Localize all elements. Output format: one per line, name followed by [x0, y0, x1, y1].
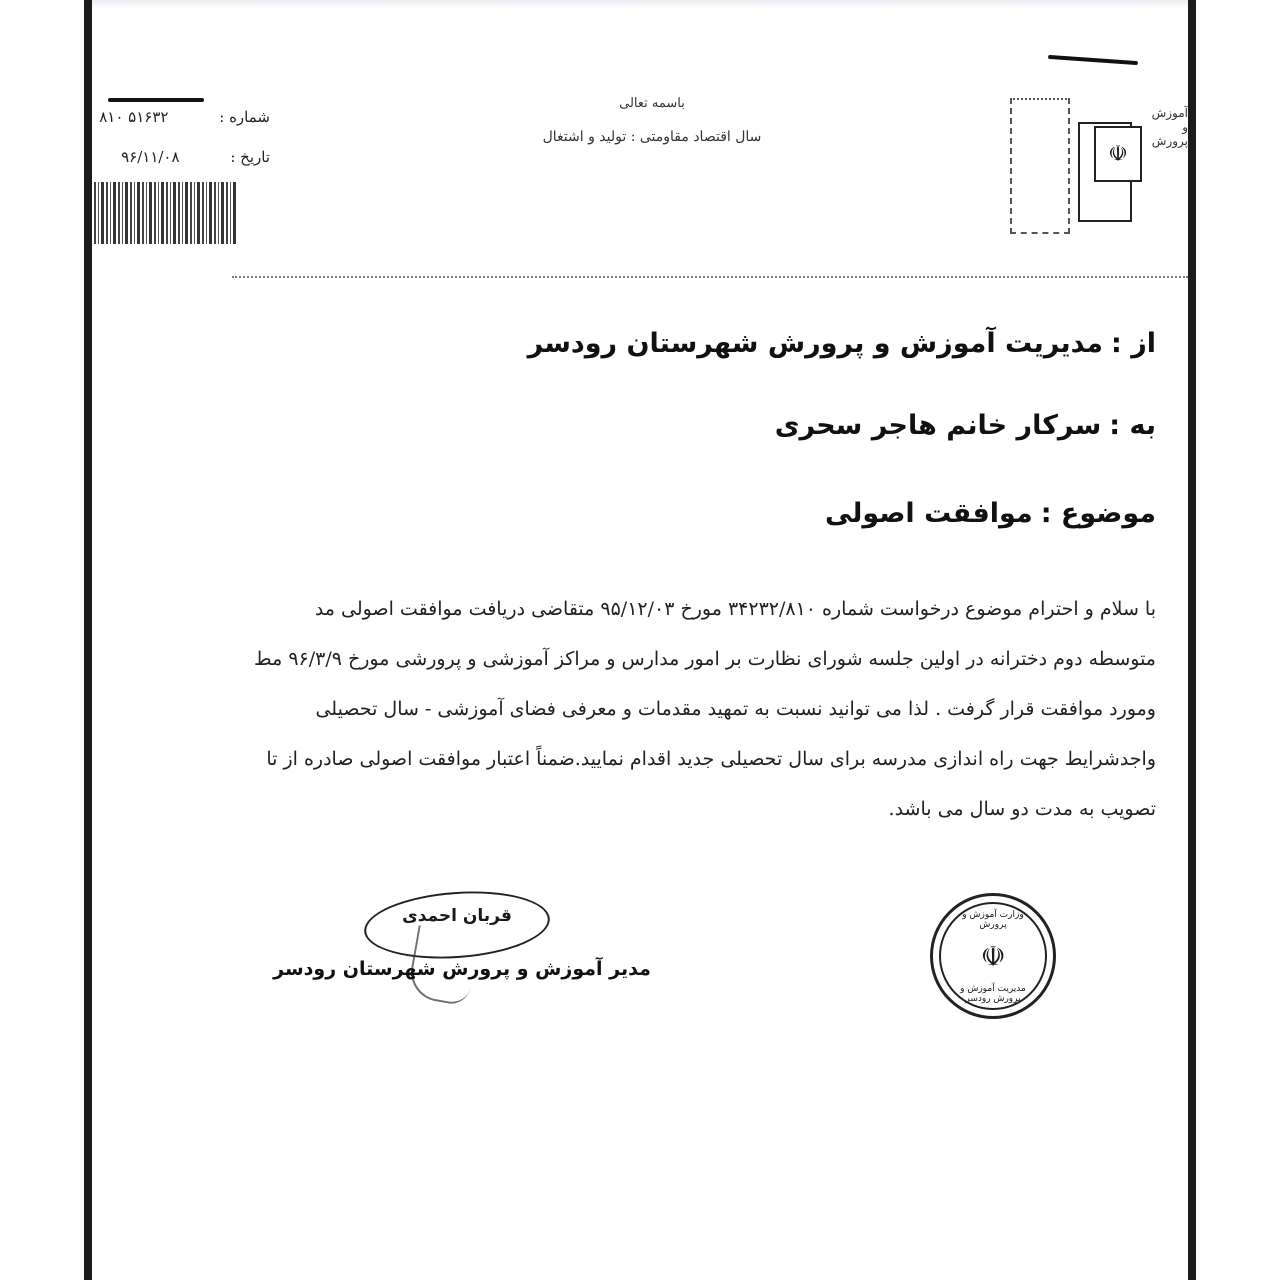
iran-emblem-icon: ☫ — [1094, 126, 1142, 182]
header-separator — [232, 276, 1188, 278]
letter-date: تاریخ : ۹۶/۱۱/۰۸ — [92, 148, 270, 166]
body-line: متوسطه دوم دخترانه در اولین جلسه شورای ن… — [66, 634, 1156, 684]
seal-text-bottom: مدیریت آموزش و پرورش رودسر — [947, 984, 1039, 1004]
subject-value: موافقت اصولی — [825, 498, 1033, 529]
subject-label: موضوع : — [1041, 498, 1156, 529]
ministry-logo: ☫ آموزش و پرورش — [1010, 96, 1188, 238]
seal-text-top: وزارت آموزش و پرورش — [951, 910, 1035, 930]
year-motto: سال اقتصاد مقاومتی : تولید و اشتغال — [492, 129, 812, 145]
body-line: با سلام و احترام موضوع درخواست شماره ۳۴۲… — [66, 584, 1156, 634]
from-label: از : — [1111, 328, 1156, 359]
body-line: واجدشرایط جهت راه اندازی مدرسه برای سال … — [66, 734, 1156, 784]
signatory-name: قربان احمدی — [392, 906, 522, 926]
to-line: به :سرکار خانم هاجر سحری — [775, 410, 1156, 441]
letter-body: با سلام و احترام موضوع درخواست شماره ۳۴۲… — [66, 584, 1156, 834]
letter-date-label: تاریخ : — [230, 148, 270, 166]
signatory-title: مدیر آموزش و پرورش شهرستان رودسر — [272, 958, 652, 980]
from-value: مدیریت آموزش و پرورش شهرستان رودسر — [528, 328, 1103, 359]
letter-number: شماره : ۵۱۶۳۲ ۸۱۰ — [98, 108, 270, 126]
official-seal: وزارت آموزش و پرورش ☫ مدیریت آموزش و پرو… — [930, 893, 1056, 1019]
letter-page: شماره : ۵۱۶۳۲ ۸۱۰ تاریخ : ۹۶/۱۱/۰۸ باسمه… — [92, 0, 1188, 1280]
from-line: از :مدیریت آموزش و پرورش شهرستان رودسر — [528, 328, 1156, 359]
logo-box — [1010, 98, 1070, 234]
header-rule — [108, 98, 204, 102]
to-value: سرکار خانم هاجر سحری — [775, 410, 1102, 441]
basmala: باسمه تعالی — [492, 96, 812, 111]
pen-stroke — [1048, 55, 1138, 65]
letter-number-label: شماره : — [219, 108, 270, 126]
letter-number-value: ۵۱۶۳۲ ۸۱۰ — [99, 108, 168, 126]
letter-date-value: ۹۶/۱۱/۰۸ — [121, 148, 179, 166]
barcode — [94, 182, 236, 244]
logo-calligraphy: آموزش و پرورش — [1150, 106, 1188, 216]
scan-border-right — [1188, 0, 1196, 1280]
body-line: ومورد موافقت قرار گرفت . لذا می توانید ن… — [66, 684, 1156, 734]
body-line: تصویب به مدت دو سال می باشد. — [66, 784, 1156, 834]
to-label: به : — [1109, 410, 1156, 441]
letter-heading: باسمه تعالی سال اقتصاد مقاومتی : تولید و… — [492, 96, 812, 145]
subject-line: موضوع :موافقت اصولی — [825, 498, 1156, 529]
